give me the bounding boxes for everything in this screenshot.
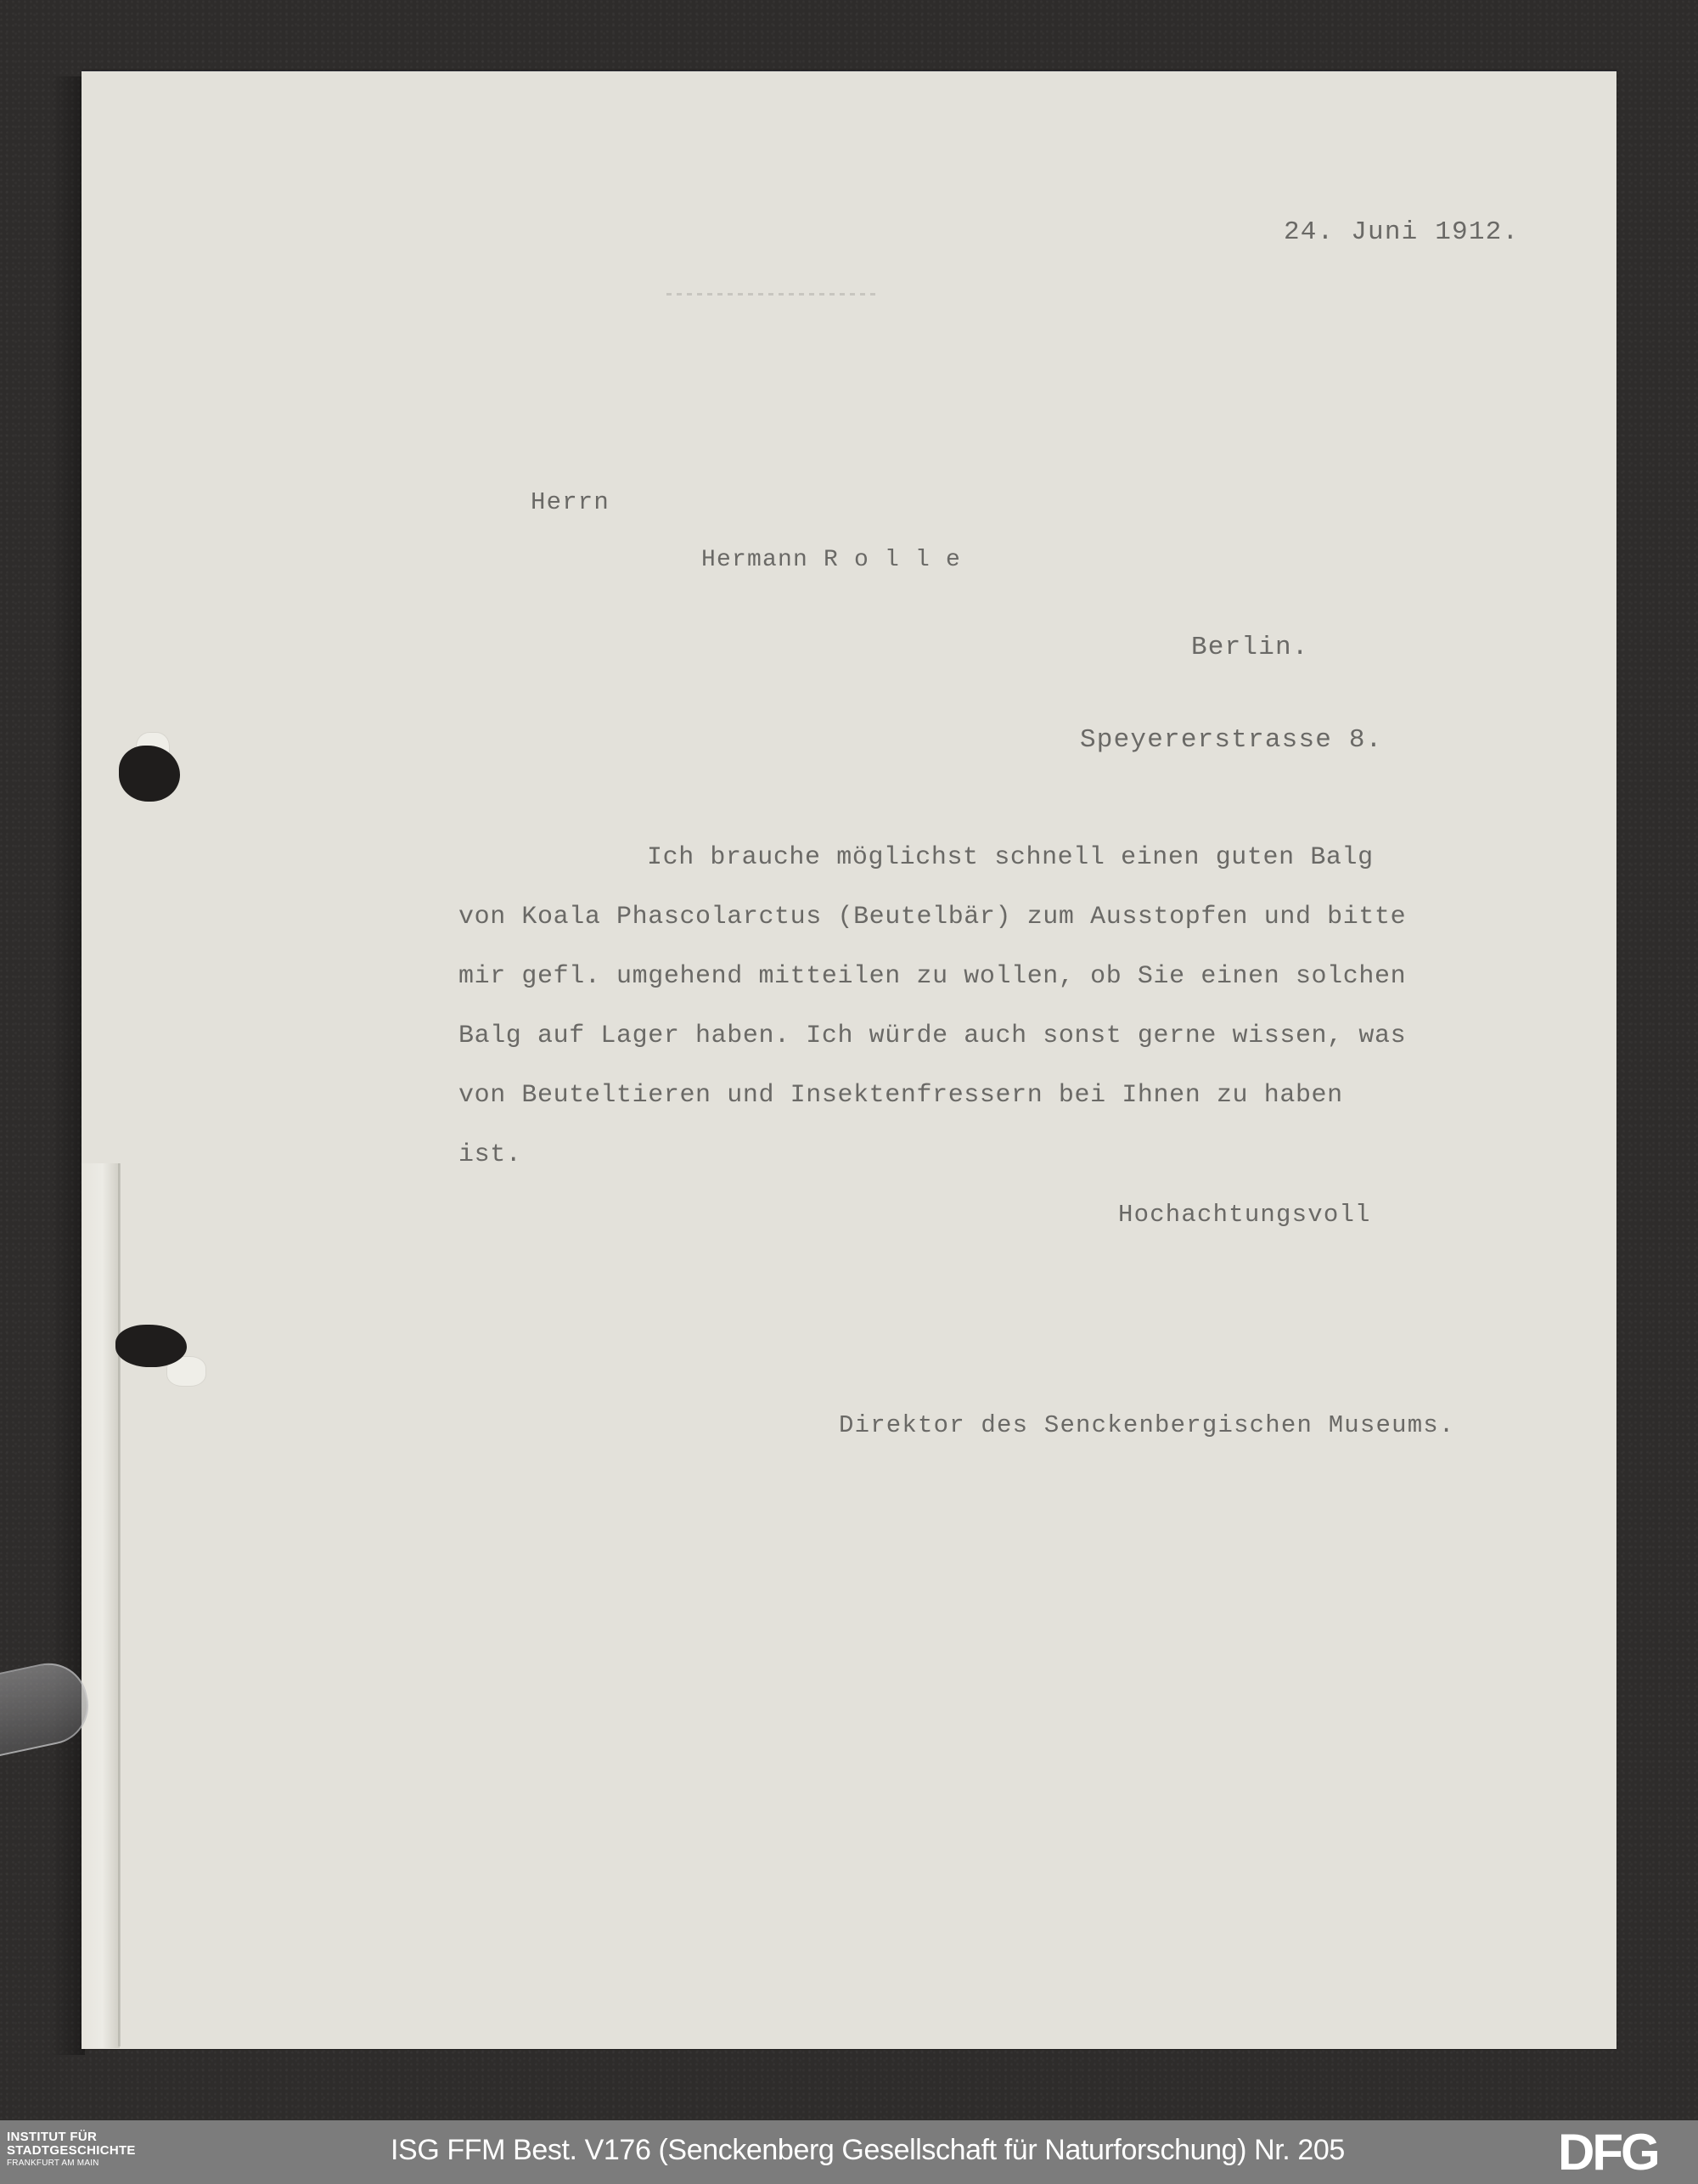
- body-line: von Beuteltieren und Insektenfressern be…: [458, 1083, 1343, 1108]
- fold-crease: [118, 1163, 121, 2046]
- punch-hole-bottom: [115, 1325, 187, 1367]
- body-line: Ich brauche möglichst schnell einen gute…: [647, 845, 1374, 870]
- institution-line: INSTITUT FÜR: [7, 2131, 136, 2144]
- body-line: mir gefl. umgehend mitteilen zu wollen, …: [458, 964, 1406, 989]
- punch-hole-top: [119, 746, 180, 802]
- letter-page: [82, 70, 1616, 2049]
- letter-date: 24. Juni 1912.: [1284, 219, 1519, 245]
- salutation: Herrn: [531, 490, 610, 515]
- archive-footer: INSTITUT FÜR STADTGESCHICHTE FRANKFURT A…: [0, 2120, 1698, 2184]
- institution-city: FRANKFURT AM MAIN: [7, 2159, 136, 2169]
- body-line: ist.: [458, 1142, 521, 1168]
- faint-smudge: [666, 293, 879, 296]
- signature-title: Direktor des Senckenbergischen Museums.: [839, 1413, 1455, 1438]
- archive-caption: ISG FFM Best. V176 (Senckenberg Gesellsc…: [391, 2134, 1345, 2167]
- closing: Hochachtungsvoll: [1118, 1202, 1371, 1227]
- paper-shadow: [51, 76, 85, 2055]
- body-line: von Koala Phascolarctus (Beutelbär) zum …: [458, 904, 1406, 930]
- institution-line: STADTGESCHICHTE: [7, 2144, 136, 2158]
- dfg-logo: DFG: [1558, 2127, 1658, 2178]
- recipient-city: Berlin.: [1191, 634, 1309, 661]
- recipient-name: Hermann R o l l e: [701, 549, 961, 572]
- body-line: Balg auf Lager haben. Ich würde auch son…: [458, 1023, 1406, 1049]
- institution-logo: INSTITUT FÜR STADTGESCHICHTE FRANKFURT A…: [7, 2131, 136, 2168]
- recipient-street: Speyererstrasse 8.: [1080, 727, 1382, 753]
- paper-fold: [82, 1163, 120, 2048]
